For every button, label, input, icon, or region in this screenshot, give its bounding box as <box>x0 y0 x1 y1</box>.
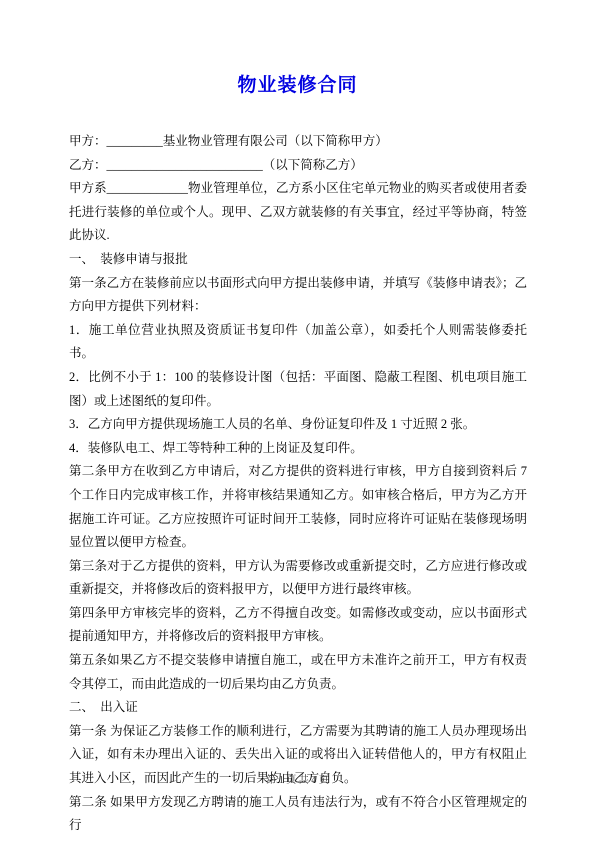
section-1-clause-1: 第一条乙方在装修前应以书面形式向甲方提出装修申请，并填写《装修申请表》；乙方向甲… <box>69 272 527 319</box>
section-2-heading: 二、 出入证 <box>69 696 527 720</box>
section-1-clause-5: 第五条如果乙方不提交装修申请擅自施工，或在甲方未准许之前开工，甲方有权责令其停工… <box>69 649 527 696</box>
preamble-paragraph: 甲方系_____________物业管理单位，乙方系小区住宅单元物业的购买者或使… <box>69 177 527 248</box>
page-number-footer: 第 1 页 共 4 页 <box>0 774 595 788</box>
section-1-clause-3: 第三条对于乙方提供的资料，甲方认为需要修改或重新提交时，乙方应进行修改或重新提交… <box>69 555 527 602</box>
material-item-3: 3．乙方向甲方提供现场施工人员的名单、身份证复印件及 1 寸近照 2 张。 <box>69 413 527 437</box>
contract-page: 物业装修合同 甲方：_________基业物业管理有限公司（以下简称甲方） 乙方… <box>0 0 595 841</box>
party-b-line: 乙方：_________________________（以下简称乙方） <box>69 154 527 178</box>
material-item-4: 4．装修队电工、焊工等特种工种的上岗证及复印件。 <box>69 437 527 461</box>
section-1-clause-4: 第四条甲方审核完毕的资料，乙方不得擅自改变。如需修改或变动，应以书面形式提前通知… <box>69 602 527 649</box>
document-body: 甲方：_________基业物业管理有限公司（以下简称甲方） 乙方：______… <box>69 130 527 838</box>
section-1-heading: 一、 装修申请与报批 <box>69 248 527 272</box>
material-item-2: 2．比例不小于 1：100 的装修设计图（包括：平面图、隐蔽工程图、机电项目施工… <box>69 366 527 413</box>
material-item-1: 1．施工单位营业执照及资质证书复印件（加盖公章），如委托个人则需装修委托书。 <box>69 319 527 366</box>
section-1-clause-2: 第二条甲方在收到乙方申请后，对乙方提供的资料进行审核，甲方自接到资料后 7 个工… <box>69 460 527 554</box>
party-a-line: 甲方：_________基业物业管理有限公司（以下简称甲方） <box>69 130 527 154</box>
document-title: 物业装修合同 <box>0 74 595 98</box>
section-2-clause-2: 第二条 如果甲方发现乙方聘请的施工人员有违法行为，或有不符合小区管理规定的行 <box>69 791 527 838</box>
